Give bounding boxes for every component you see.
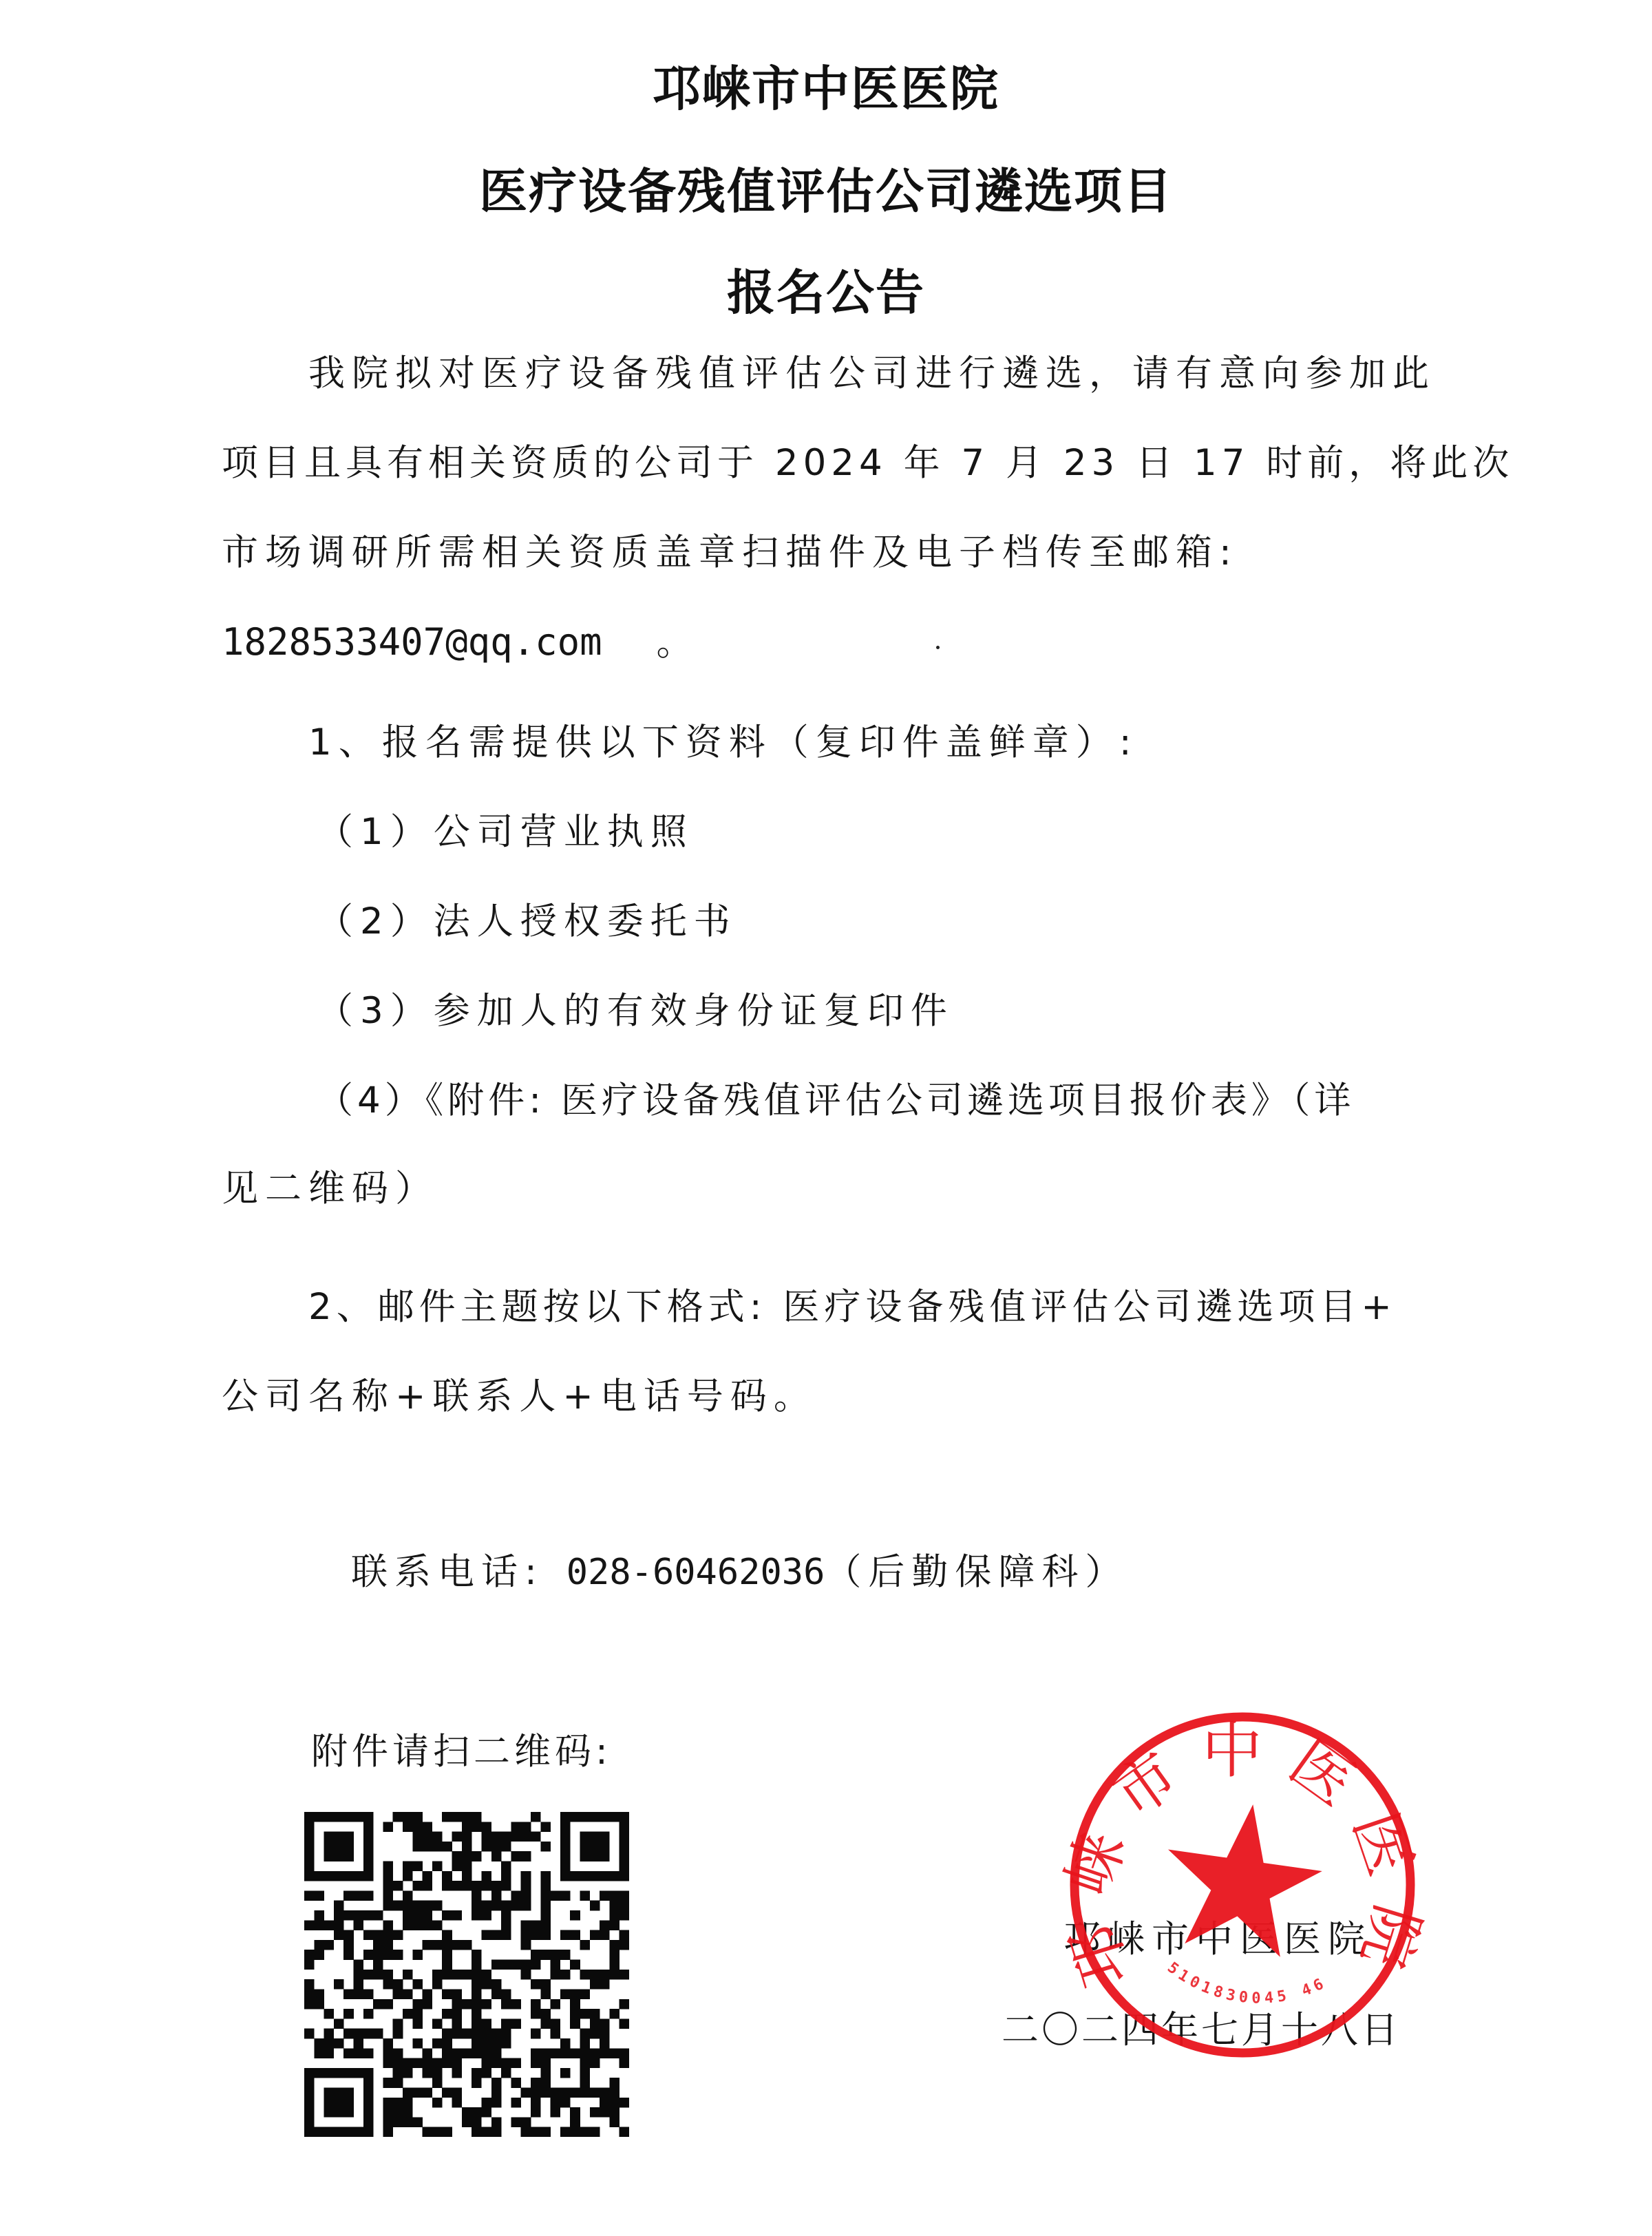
intro-line-1: 我院拟对医疗设备残值评估公司进行遴选，请有意向参加此: [308, 355, 1436, 392]
contact-line: 联系电话: 028-60462036（后勤保障科）: [351, 1554, 1128, 1590]
section1-heading: 1、报名需提供以下资料（复印件盖鲜章）:: [308, 724, 1139, 761]
seal-serial-number: 5101830045 46: [1164, 1959, 1330, 2007]
contact-phone[interactable]: 028-60462036: [566, 1552, 825, 1593]
page-subtitle: 医疗设备残值评估公司遴选项目: [0, 167, 1652, 215]
section2-line-2: 公司名称+联系人+电话号码。: [222, 1378, 817, 1415]
official-seal: 邛崃市中医医院 5101830045 46: [1063, 1707, 1421, 2065]
section2-line-1: 2、邮件主题按以下格式: 医疗设备残值评估公司遴选项目+: [308, 1289, 1397, 1325]
requirement-item-2: （2）法人授权委托书: [317, 903, 737, 940]
email-period: 。: [657, 622, 700, 664]
star-icon: [1156, 1793, 1331, 1961]
requirement-item-4-continued: 见二维码）: [222, 1170, 438, 1207]
seal-graphic: 邛崃市中医医院 5101830045 46: [1063, 1707, 1421, 2065]
qr-code-icon[interactable]: [304, 1812, 629, 2137]
requirement-item-1: （1）公司营业执照: [317, 814, 694, 850]
requirement-item-4: （4）《附件: 医疗设备残值评估公司遴选项目报价表》（详: [317, 1082, 1355, 1119]
contact-label: 联系电话:: [351, 1551, 544, 1593]
email-address[interactable]: 1828533407@qq.com: [222, 620, 602, 664]
page-title: 邛崃市中医医院: [0, 65, 1652, 113]
requirement-item-3: （3）参加人的有效身份证复印件: [317, 993, 954, 1029]
notice-type-title: 报名公告: [0, 268, 1652, 317]
intro-line-3: 市场调研所需相关资质盖章扫描件及电子档传至邮箱:: [222, 534, 1238, 571]
scan-speck: [936, 646, 940, 649]
email-line: 1828533407@qq.com 。: [222, 624, 700, 661]
qr-code-graphic: [304, 1812, 629, 2137]
attachment-label: 附件请扫二维码:: [311, 1733, 612, 1770]
contact-department: （后勤保障科）: [825, 1551, 1128, 1593]
intro-line-2: 项目且具有相关资质的公司于 2024 年 7 月 23 日 17 时前，将此次: [222, 445, 1514, 481]
